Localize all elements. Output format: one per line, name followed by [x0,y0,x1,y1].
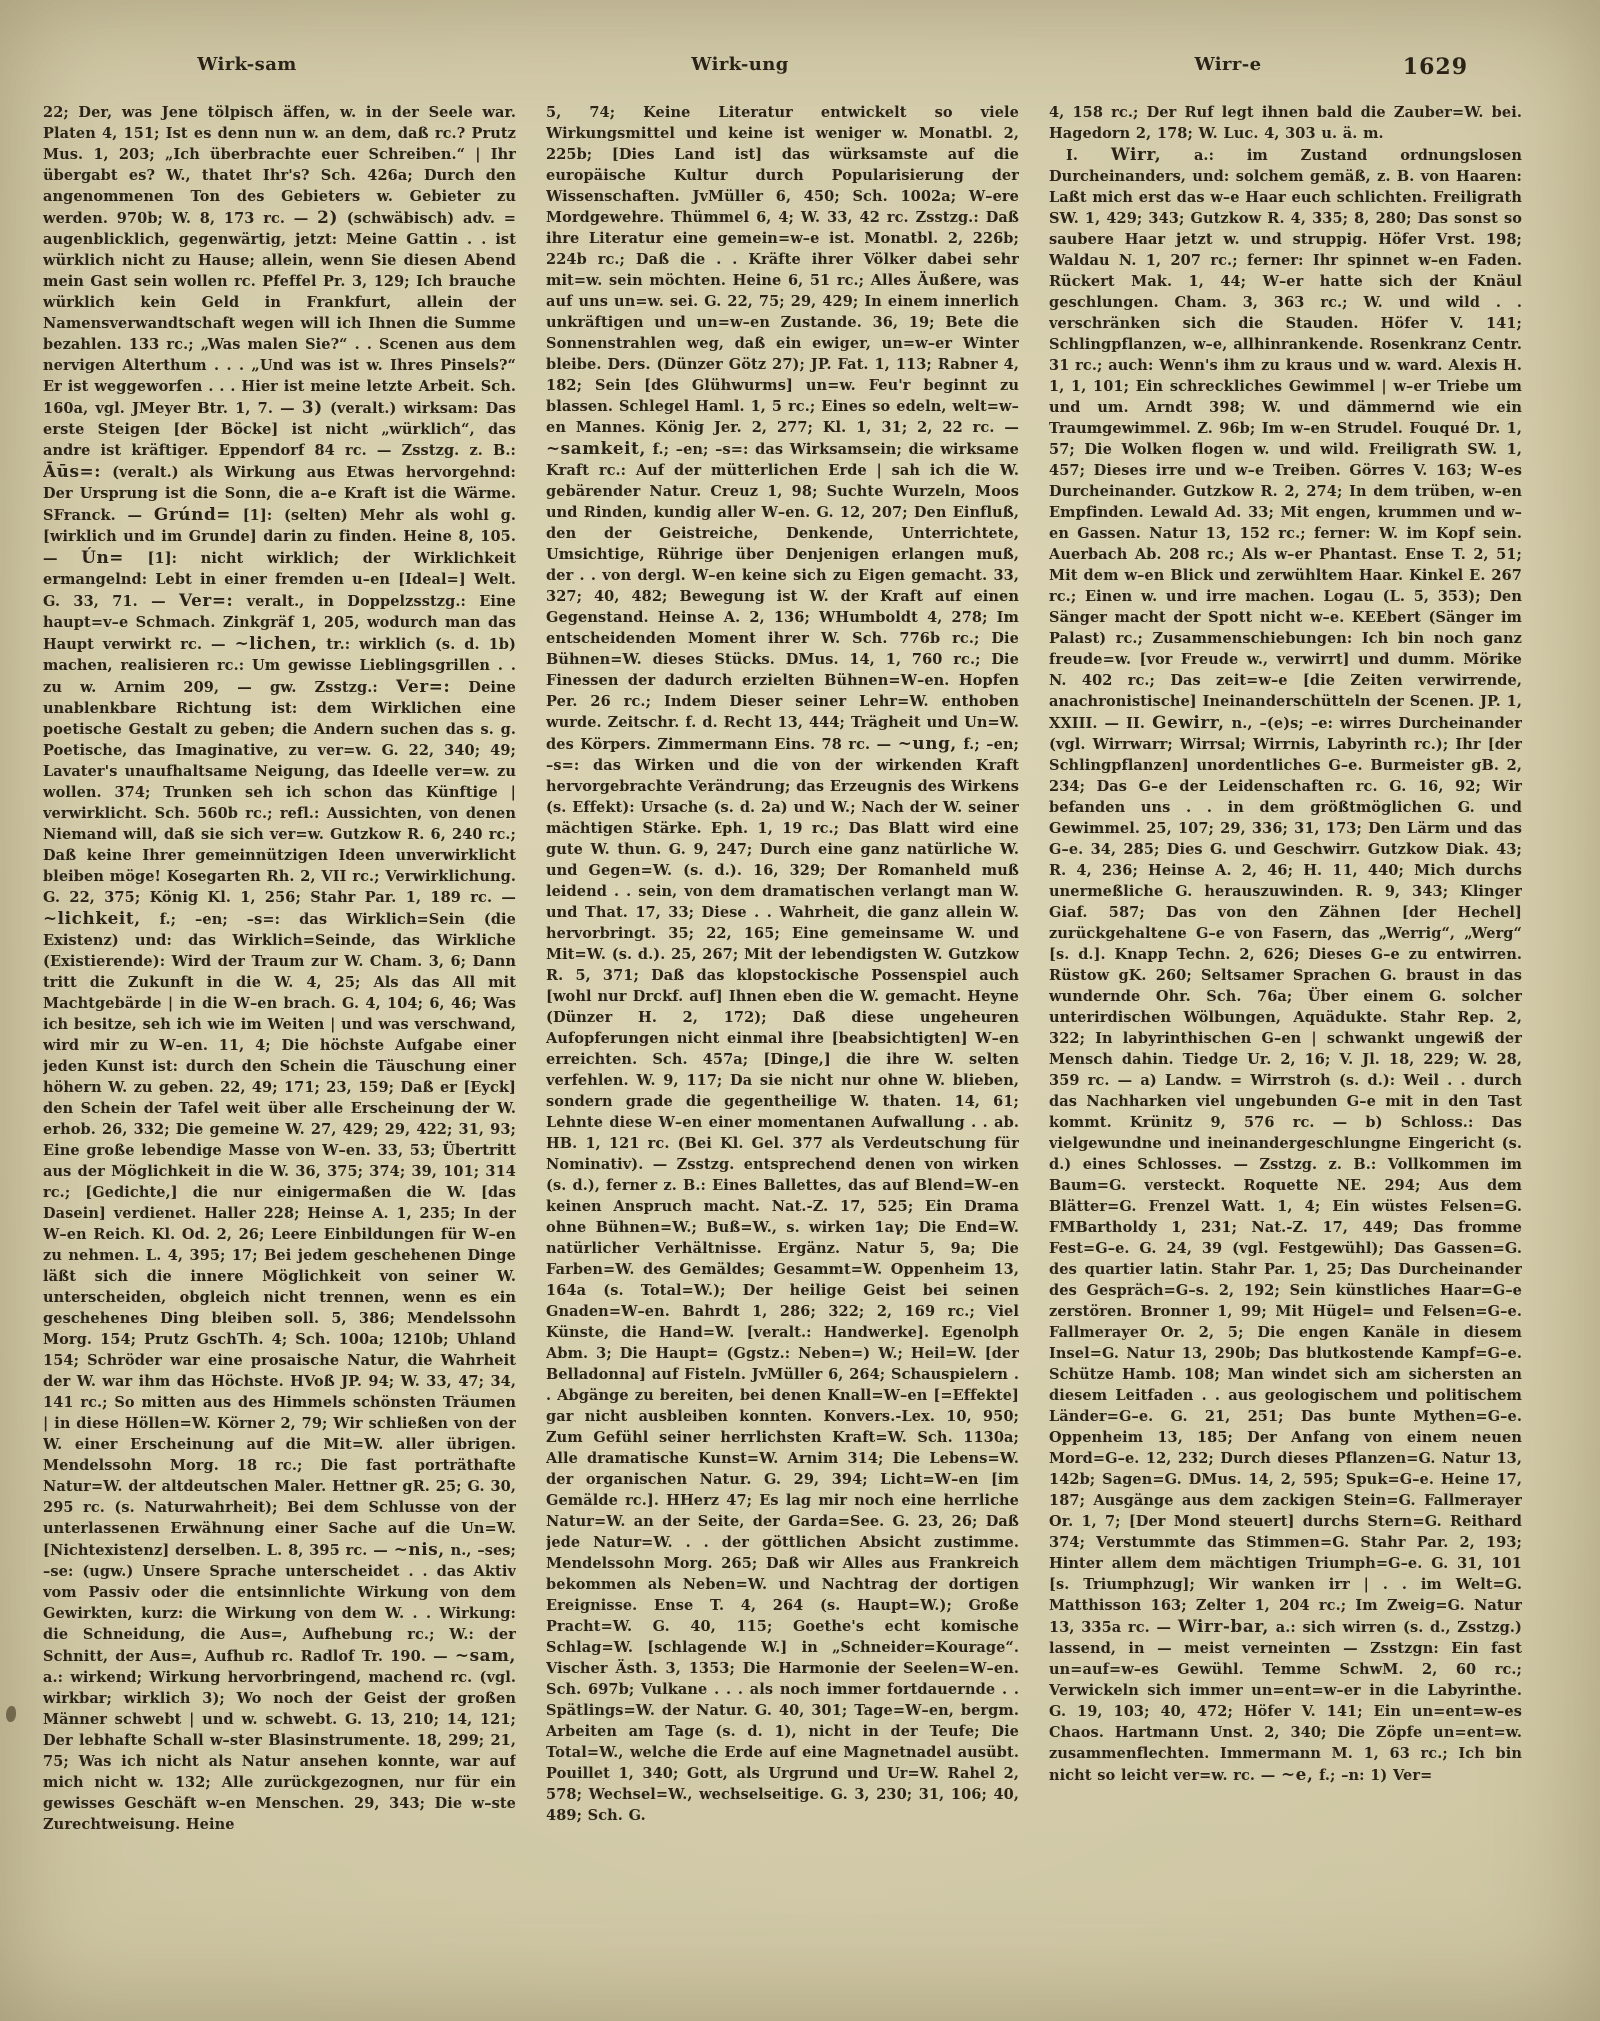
entry-text: n., –ses; –se: (ugw.) Unsere Sprache unt… [43,1542,516,1665]
entry-headword: Gewirr, [1152,712,1224,732]
entry-text: Deine unablenkbare Richtung ist: dem Wir… [43,679,516,906]
header-keyword-right: Wirr-e [1148,54,1308,75]
entry-headword: Āūs=: [43,461,101,481]
text-column-1: 22; Der, was Jene tölpisch äffen, w. in … [43,102,516,1900]
paragraph: 22; Der, was Jene tölpisch äffen, w. in … [43,102,516,1835]
entry-text: n., –(e)s; –e: wirres Durcheinander (vgl… [1049,715,1522,1636]
entry-text: 4, 158 rc.; Der Ruf legt ihnen bald die … [1049,104,1522,142]
entry-text: f.; –en; –s=: das Wirksamsein; die wirks… [546,441,1019,753]
entry-headword: Wirr-bar, [1178,1616,1269,1636]
paragraph: 5, 74; Keine Literatur entwickelt so vie… [546,102,1019,1826]
entry-text: I. [1066,147,1111,164]
dictionary-page: Wirk-sam Wirk-ung Wirr-e 1629 22; Der, w… [0,0,1600,2021]
entry-headword: Ver=: [396,676,450,696]
entry-text: f.; –n: 1) Ver= [1313,1767,1432,1784]
paragraph: 4, 158 rc.; Der Ruf legt ihnen bald die … [1049,102,1522,144]
entry-headword: Ver=: [179,590,233,610]
ink-blemish [6,1706,16,1722]
entry-headword: ~lichen, [235,633,318,653]
entry-text: a.: sich wirren (s. d., Zsstzg.) lassend… [1049,1619,1522,1784]
entry-text: a.: im Zustand ordnungslosen Durcheinand… [1049,147,1522,732]
entry-text: 22; Der, was Jene tölpisch äffen, w. in … [43,104,516,227]
entry-text: (schwäbisch) adv. = augenblicklich, gege… [43,210,516,417]
entry-headword: 3) [302,397,323,417]
entry-headword: 2) [317,207,338,227]
page-number: 1629 [1360,54,1468,80]
entry-text: a.: wirkend; Wirkung hervorbringend, mac… [43,1669,516,1833]
entry-headword: ~samkeit, [546,438,646,458]
text-column-2: 5, 74; Keine Literatur entwickelt so vie… [546,102,1019,1900]
entry-headword: Grúnd= [154,504,231,524]
header-keyword-center: Wirk-ung [660,54,820,75]
entry-headword: Wirr, [1111,144,1161,164]
entry-headword: ~lichkeit, [43,908,141,928]
entry-text: f.; –en; –s=: das Wirken und die von der… [546,736,1019,1824]
entry-text: f.; –en; –s=: das Wirklich=Sein (die Exi… [43,911,516,1559]
entry-headword: ~e, [1281,1764,1313,1784]
text-column-3: 4, 158 rc.; Der Ruf legt ihnen bald die … [1049,102,1522,1900]
entry-headword: Ún= [81,547,124,567]
entry-headword: ~nis, [394,1539,445,1559]
paragraph: I. Wirr, a.: im Zustand ordnungslosen Du… [1049,144,1522,1786]
entry-text: 5, 74; Keine Literatur entwickelt so vie… [546,104,1019,436]
running-head: Wirk-sam Wirk-ung Wirr-e 1629 [0,54,1600,90]
entry-headword: ~sam, [455,1645,516,1665]
entry-headword: ~ung, [898,733,957,753]
header-keyword-left: Wirk-sam [167,54,327,75]
